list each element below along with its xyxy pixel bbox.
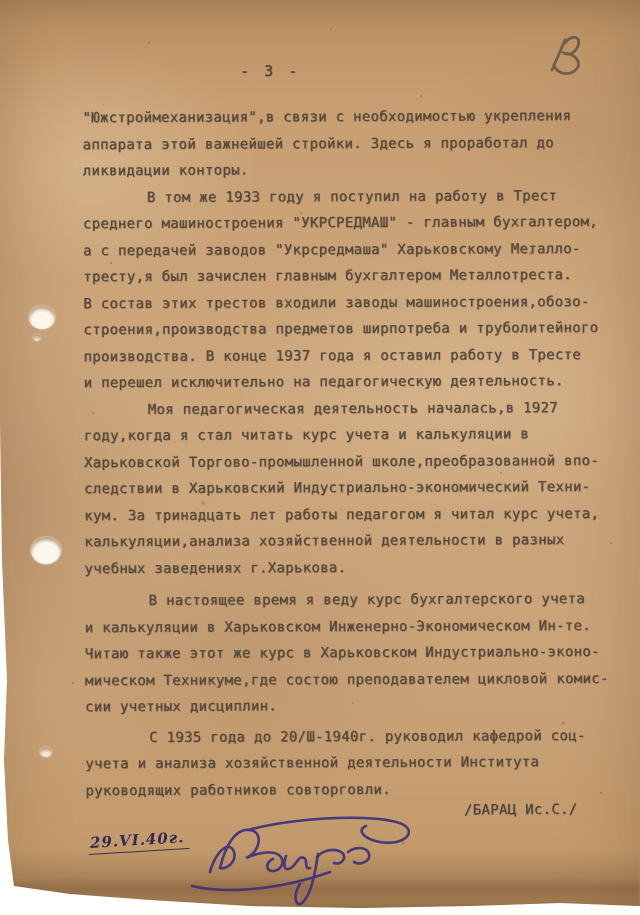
typed-body: "Южстроймеханизация",в связи с необходим…: [82, 103, 640, 804]
punch-hole-chip: [40, 747, 52, 757]
paper-sheet: - 3 - "Южстроймеханизация",в связи с нео…: [0, 0, 640, 915]
typed-line: С 1935 года до 20/Ш-1940г. руководил каф…: [85, 722, 640, 751]
typed-line: учета и анализа хозяйственной деятельнос…: [85, 749, 640, 778]
paragraph: В том же 1933 году я поступил на работу …: [83, 182, 640, 396]
typed-line: и перешел исключительно на педагогическу…: [84, 368, 640, 397]
typed-line: и калькуляции в Харьковском Инженерно-Эк…: [85, 612, 640, 641]
typed-line: следствии в Харьковский Индустриально-эк…: [84, 474, 640, 503]
punch-hole-chip: [33, 334, 41, 341]
typed-line: производства. В конце 1937 года я остави…: [84, 341, 640, 370]
typed-line: В том же 1933 году я поступил на работу …: [83, 182, 639, 211]
paragraph: С 1935 года до 20/Ш-1940г. руководил каф…: [85, 722, 640, 804]
typed-line: Моя педагогическая деятельность началась…: [84, 394, 640, 423]
typed-line: строения,производства предметов ширпотре…: [83, 315, 639, 344]
punch-hole: [29, 306, 55, 329]
paragraph: "Южстроймеханизация",в связи с необходим…: [82, 103, 638, 185]
typed-line: Читаю также этот же курс в Харьковском И…: [85, 639, 640, 668]
signature-ink: [180, 800, 440, 915]
typed-line: аппарата этой важнейшей стройки. Здесь я…: [83, 129, 639, 158]
typed-line: а с передачей заводов "Укрсредмаша" Харь…: [83, 235, 639, 264]
signed-by-name: /БАРАЦ Ис.С./: [464, 802, 578, 819]
typed-line: В настоящее время я веду курс бухгалтерс…: [85, 586, 640, 615]
typed-line: "Южстроймеханизация",в связи с необходим…: [82, 103, 638, 132]
typed-line: В состав этих трестов входили заводы маш…: [83, 288, 639, 317]
typed-line: среднего машиностроения "УКРСРЕДМАШ" - г…: [83, 209, 639, 238]
paragraph: Моя педагогическая деятельность началась…: [84, 394, 640, 582]
typed-line: учебных заведениях г.Харькова.: [84, 553, 640, 582]
paper-specks: [0, 0, 2, 2]
typed-line: ликвидации конторы.: [83, 156, 639, 185]
page-number: - 3 -: [240, 62, 300, 80]
paragraph: В настоящее время я веду курс бухгалтерс…: [85, 586, 640, 721]
pencil-page-note: [540, 30, 596, 92]
typed-line: тресту,я был зачислен главным бухгалтеро…: [83, 262, 639, 291]
typed-line: Харьковской Торгово-промышленной школе,п…: [84, 447, 640, 476]
typed-line: калькуляции,анализа хозяйственной деятел…: [84, 527, 640, 556]
typed-line: году,когда я стал читать курс учета и ка…: [84, 421, 640, 450]
handwritten-date: 29.VI.40г.: [87, 828, 189, 855]
typed-line: сии учетных дисциплин.: [85, 692, 640, 721]
punch-hole: [31, 537, 61, 564]
scan-background: { "document": { "page_number": "- 3 -", …: [0, 0, 640, 915]
typed-line: мическом Техникуме,где состою преподават…: [85, 665, 640, 694]
typed-line: кум. За тринадцать лет работы педагогом …: [84, 500, 640, 529]
